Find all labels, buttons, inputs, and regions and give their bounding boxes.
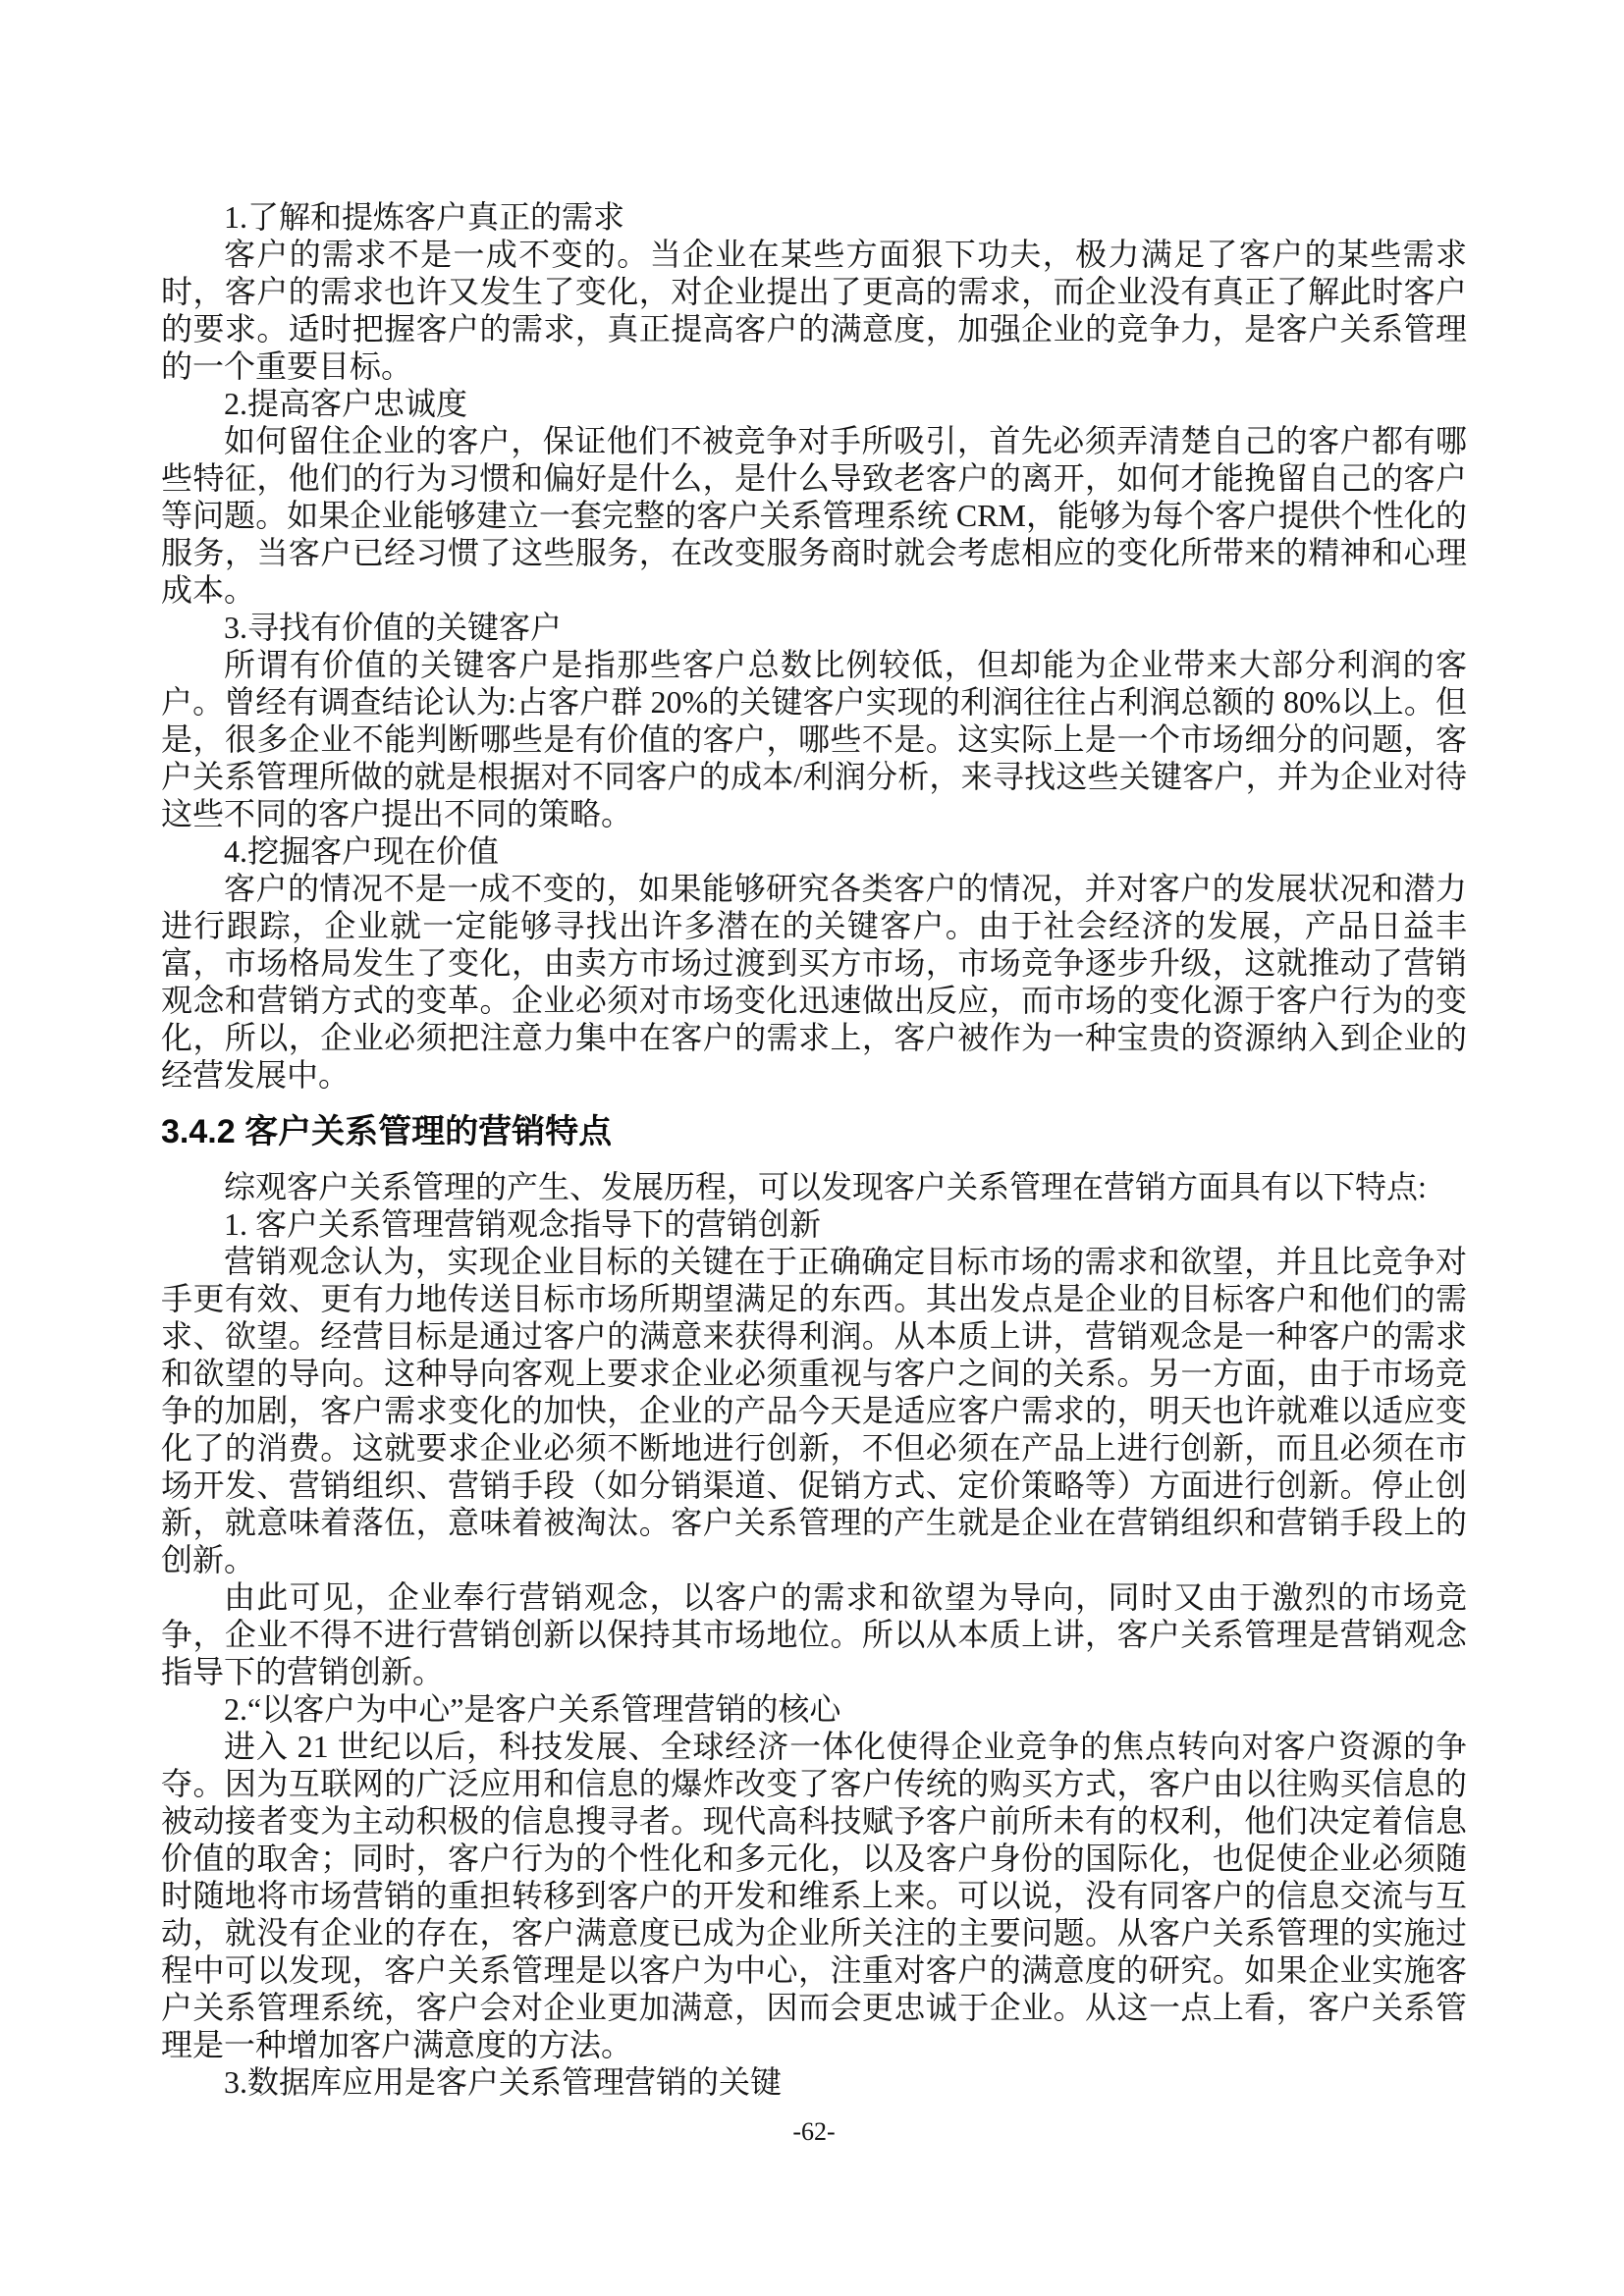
body-paragraph: 进入 21 世纪以后，科技发展、全球经济一体化使得企业竞争的焦点转向对客户资源的… <box>161 1728 1467 2063</box>
text-block: 1.了解和提炼客户真正的需求客户的需求不是一成不变的。当企业在某些方面狠下功夫，… <box>161 198 1467 2148</box>
body-paragraph: 如何留住企业的客户，保证他们不被竞争对手所吸引，首先必须弄清楚自己的客户都有哪些… <box>161 422 1467 609</box>
numbered-item-heading: 1. 客户关系管理营销观念指导下的营销创新 <box>161 1205 1467 1243</box>
numbered-item-heading: 4.挖掘客户现在价值 <box>161 832 1467 870</box>
body-paragraph: 所谓有价值的关键客户是指那些客户总数比例较低，但却能为企业带来大部分利润的客户。… <box>161 646 1467 832</box>
document-page: 1.了解和提炼客户真正的需求客户的需求不是一成不变的。当企业在某些方面狠下功夫，… <box>0 0 1624 2296</box>
section-heading: 3.4.2 客户关系管理的营销特点 <box>161 1111 1467 1152</box>
body-paragraph: 客户的需求不是一成不变的。当企业在某些方面狠下功夫，极力满足了客户的某些需求时，… <box>161 236 1467 385</box>
body-paragraph: 由此可见，企业奉行营销观念，以客户的需求和欲望为导向，同时又由于激烈的市场竞争，… <box>161 1578 1467 1690</box>
numbered-item-heading: 2.提高客户忠诚度 <box>161 385 1467 422</box>
body-paragraph: 客户的情况不是一成不变的，如果能够研究各类客户的情况，并对客户的发展状况和潜力进… <box>161 870 1467 1094</box>
body-paragraph: 综观客户关系管理的产生、发展历程，可以发现客户关系管理在营销方面具有以下特点: <box>161 1168 1467 1205</box>
numbered-item-heading: 1.了解和提炼客户真正的需求 <box>161 198 1467 236</box>
numbered-item-heading: 2.“以客户为中心”是客户关系管理营销的核心 <box>161 1690 1467 1728</box>
numbered-item-heading: 3.寻找有价值的关键客户 <box>161 609 1467 646</box>
page-number: -62- <box>161 2116 1467 2148</box>
numbered-item-heading: 3.数据库应用是客户关系管理营销的关键 <box>161 2063 1467 2101</box>
body-paragraph: 营销观念认为，实现企业目标的关键在于正确确定目标市场的需求和欲望，并且比竞争对手… <box>161 1243 1467 1578</box>
